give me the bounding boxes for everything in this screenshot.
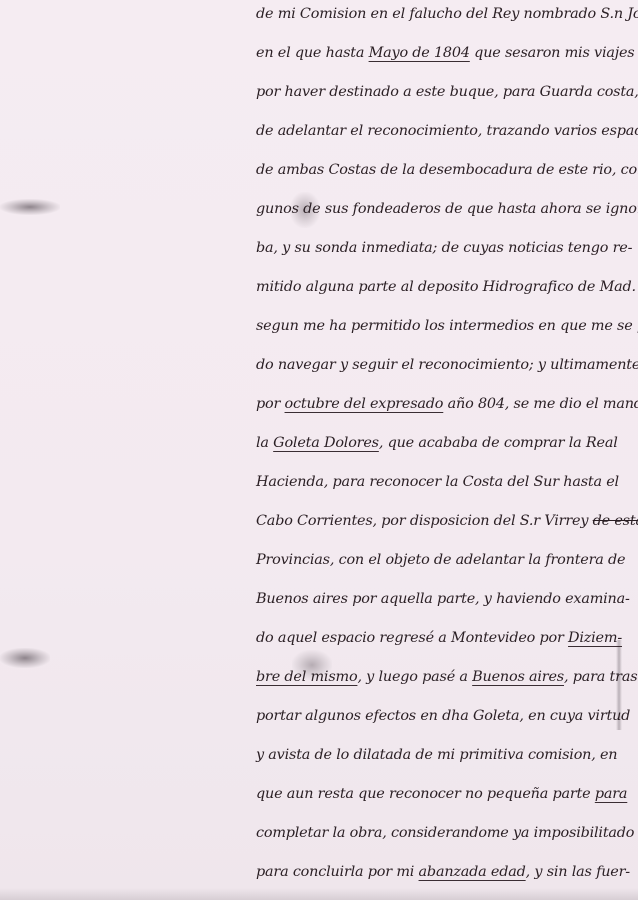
margin-smudge-top bbox=[0, 199, 60, 215]
underlined-date: Mayo de 1804 bbox=[369, 45, 470, 61]
manuscript-line-18: bre del mismo, y luego pasé a Buenos air… bbox=[256, 667, 637, 707]
manuscript-line-21: que aun resta que reconocer no pequeña p… bbox=[256, 784, 627, 824]
manuscript-line-11: por octubre del expresado año 804, se me… bbox=[256, 394, 638, 434]
manuscript-line-7: ba, y su sonda inmediata; de cuyas notic… bbox=[256, 238, 632, 278]
manuscript-line-3: por haver destinado a este buque, para G… bbox=[256, 82, 638, 122]
line-18-text: bre del mismo, y luego pasé a Buenos air… bbox=[256, 669, 637, 685]
line-21-text: que aun resta que reconocer no pequeña p… bbox=[256, 786, 627, 802]
manuscript-line-4: de adelantar el reconocimiento, trazando… bbox=[256, 121, 638, 161]
manuscript-line-12: la Goleta Dolores, que acababa de compra… bbox=[256, 433, 618, 473]
line-17-text: do aquel espacio regresé a Montevideo po… bbox=[256, 630, 622, 646]
manuscript-line-19: portar algunos efectos en dha Goleta, en… bbox=[256, 706, 630, 746]
scan-bottom-edge bbox=[0, 888, 638, 900]
manuscript-page: de mi Comision en el falucho del Rey nom… bbox=[0, 0, 638, 900]
line-11-text: por octubre del expresado año 804, se me… bbox=[256, 396, 638, 412]
underlined-place: Buenos aires bbox=[472, 669, 564, 685]
manuscript-line-13: Hacienda, para reconocer la Costa del Su… bbox=[256, 472, 619, 512]
manuscript-line-22: completar la obra, considerandome ya imp… bbox=[256, 823, 634, 863]
line-2-text: en el que hasta Mayo de 1804 que sesaron… bbox=[256, 45, 635, 61]
manuscript-line-15: Provincias, con el objeto de adelantar l… bbox=[256, 550, 625, 590]
manuscript-line-6: gunos de sus fondeaderos de que hasta ah… bbox=[256, 199, 638, 239]
manuscript-line-20: y avista de lo dilatada de mi primitiva … bbox=[256, 745, 617, 785]
manuscript-line-17: do aquel espacio regresé a Montevideo po… bbox=[256, 628, 622, 668]
manuscript-line-16: Buenos aires por aquella parte, y havien… bbox=[256, 589, 630, 629]
line-12-text: la Goleta Dolores, que acababa de compra… bbox=[256, 435, 618, 451]
manuscript-line-10: do navegar y seguir el reconocimiento; y… bbox=[256, 355, 638, 395]
margin-smudge-bottom bbox=[0, 648, 50, 668]
manuscript-line-8: mitido alguna parte al deposito Hidrogra… bbox=[256, 277, 636, 317]
manuscript-line-5: de ambas Costas de la desembocadura de e… bbox=[256, 160, 638, 200]
manuscript-line-14: Cabo Corrientes, por disposicion del S.r… bbox=[256, 511, 638, 551]
line-14-text: Cabo Corrientes, por disposicion del S.r… bbox=[256, 513, 638, 529]
line-23-text: para concluirla por mi abanzada edad, y … bbox=[256, 864, 630, 880]
manuscript-line-9: segun me ha permitido los intermedios en… bbox=[256, 316, 638, 356]
manuscript-line-2: en el que hasta Mayo de 1804 que sesaron… bbox=[256, 43, 635, 83]
manuscript-line-1: de mi Comision en el falucho del Rey nom… bbox=[256, 4, 638, 44]
